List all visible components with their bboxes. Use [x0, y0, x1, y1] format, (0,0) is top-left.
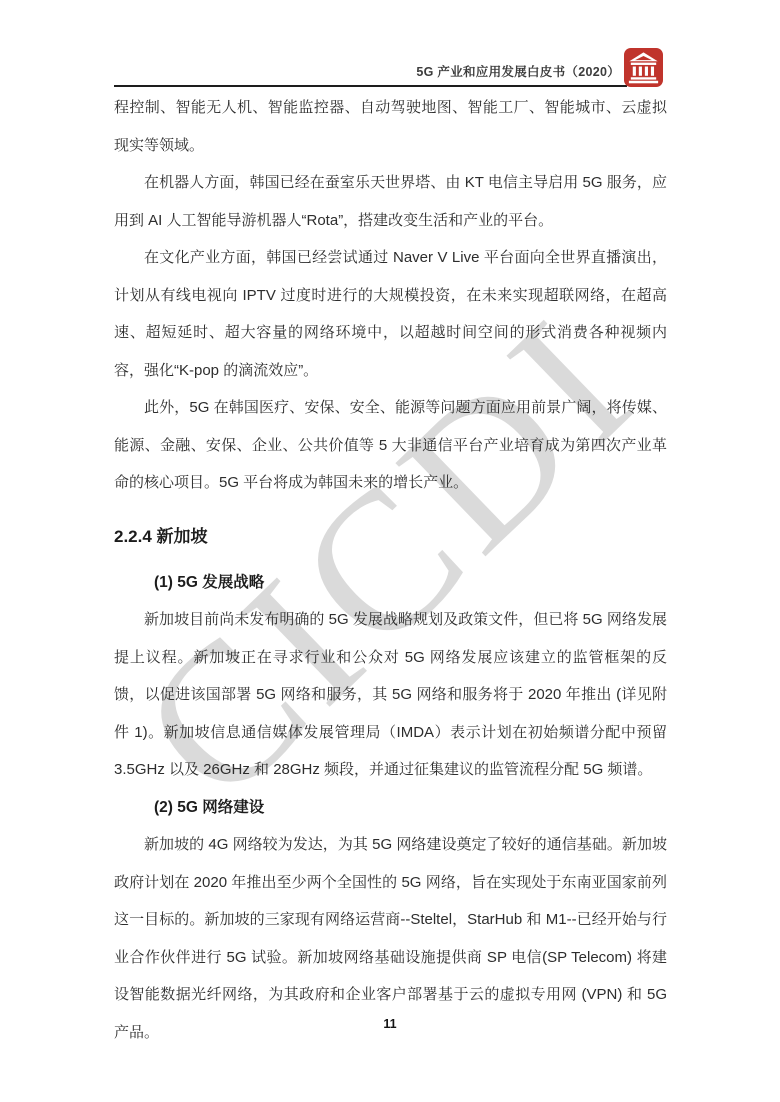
header-divider — [114, 85, 627, 87]
bank-building-icon — [624, 48, 663, 87]
body-paragraph: 在机器人方面，韩国已经在蚕室乐天世界塔、由 KT 电信主导启用 5G 服务，应用… — [114, 164, 667, 239]
header-title: 5G 产业和应用发展白皮书（2020） — [114, 62, 620, 80]
body-paragraph: 程控制、智能无人机、智能监控器、自动驾驶地图、智能工厂、智能城市、云虚拟现实等领… — [114, 89, 667, 164]
document-page: CICDI 5G 产业和应用发展白皮书（2020） 程控制、智能无人机、智能监控… — [0, 0, 780, 1102]
body-paragraph: 新加坡目前尚未发布明确的 5G 发展战略规划及政策文件，但已将 5G 网络发展提… — [114, 601, 667, 789]
body-paragraph: 在文化产业方面，韩国已经尝试通过 Naver V Live 平台面向全世界直播演… — [114, 239, 667, 389]
page-number: 11 — [0, 1017, 780, 1031]
body-paragraph: 此外，5G 在韩国医疗、安保、安全、能源等问题方面应用前景广阔，将传媒、能源、金… — [114, 389, 667, 502]
section-heading-singapore: 2.2.4 新加坡 — [114, 522, 667, 552]
subsection-heading-5g-strategy: (1) 5G 发展战略 — [114, 564, 667, 602]
subsection-heading-5g-network: (2) 5G 网络建设 — [114, 789, 667, 827]
document-body: 程控制、智能无人机、智能监控器、自动驾驶地图、智能工厂、智能城市、云虚拟现实等领… — [114, 89, 667, 1051]
